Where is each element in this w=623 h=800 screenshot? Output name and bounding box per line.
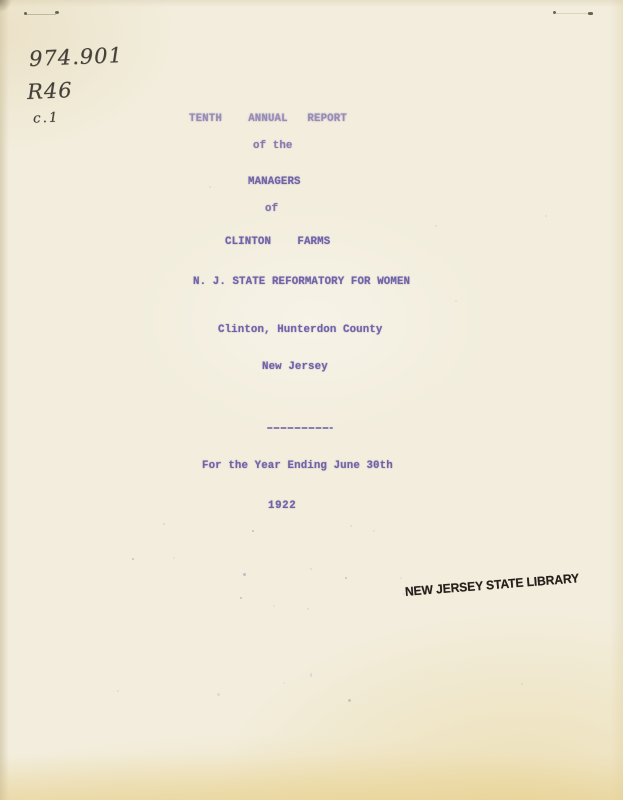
call-number-dewey: 974.901 <box>29 43 124 71</box>
title-line-of-the: of the <box>253 140 292 152</box>
scanned-page: 974.901 R46 c.1 TENTH ANNUAL REPORT of t… <box>0 0 623 800</box>
staple-hole-icon <box>24 12 27 15</box>
title-line-state: New Jersey <box>262 361 328 373</box>
call-number-copy: c.1 <box>33 109 60 126</box>
title-line-of: of <box>265 203 278 215</box>
library-stamp: NEW JERSEY STATE LIBRARY <box>404 571 579 599</box>
typed-divider-rule <box>267 427 333 429</box>
staple-hole-icon <box>55 11 59 14</box>
title-line-report: TENTH ANNUAL REPORT <box>189 113 347 125</box>
staple-mark-left <box>26 14 56 15</box>
title-line-managers: MANAGERS <box>248 176 301 188</box>
call-number-cutter: R46 <box>26 78 73 104</box>
title-line-reformatory: N. J. STATE REFORMATORY FOR WOMEN <box>193 276 410 288</box>
staple-mark-right <box>556 13 589 14</box>
title-line-year: 1922 <box>268 500 296 512</box>
title-line-clinton-farms: CLINTON FARMS <box>225 236 330 248</box>
title-line-location: Clinton, Hunterdon County <box>218 324 382 336</box>
staple-hole-icon <box>588 12 593 15</box>
page-corner-shadow <box>0 0 12 12</box>
title-line-year-ending: For the Year Ending June 30th <box>202 460 393 472</box>
staple-hole-icon <box>553 11 556 14</box>
